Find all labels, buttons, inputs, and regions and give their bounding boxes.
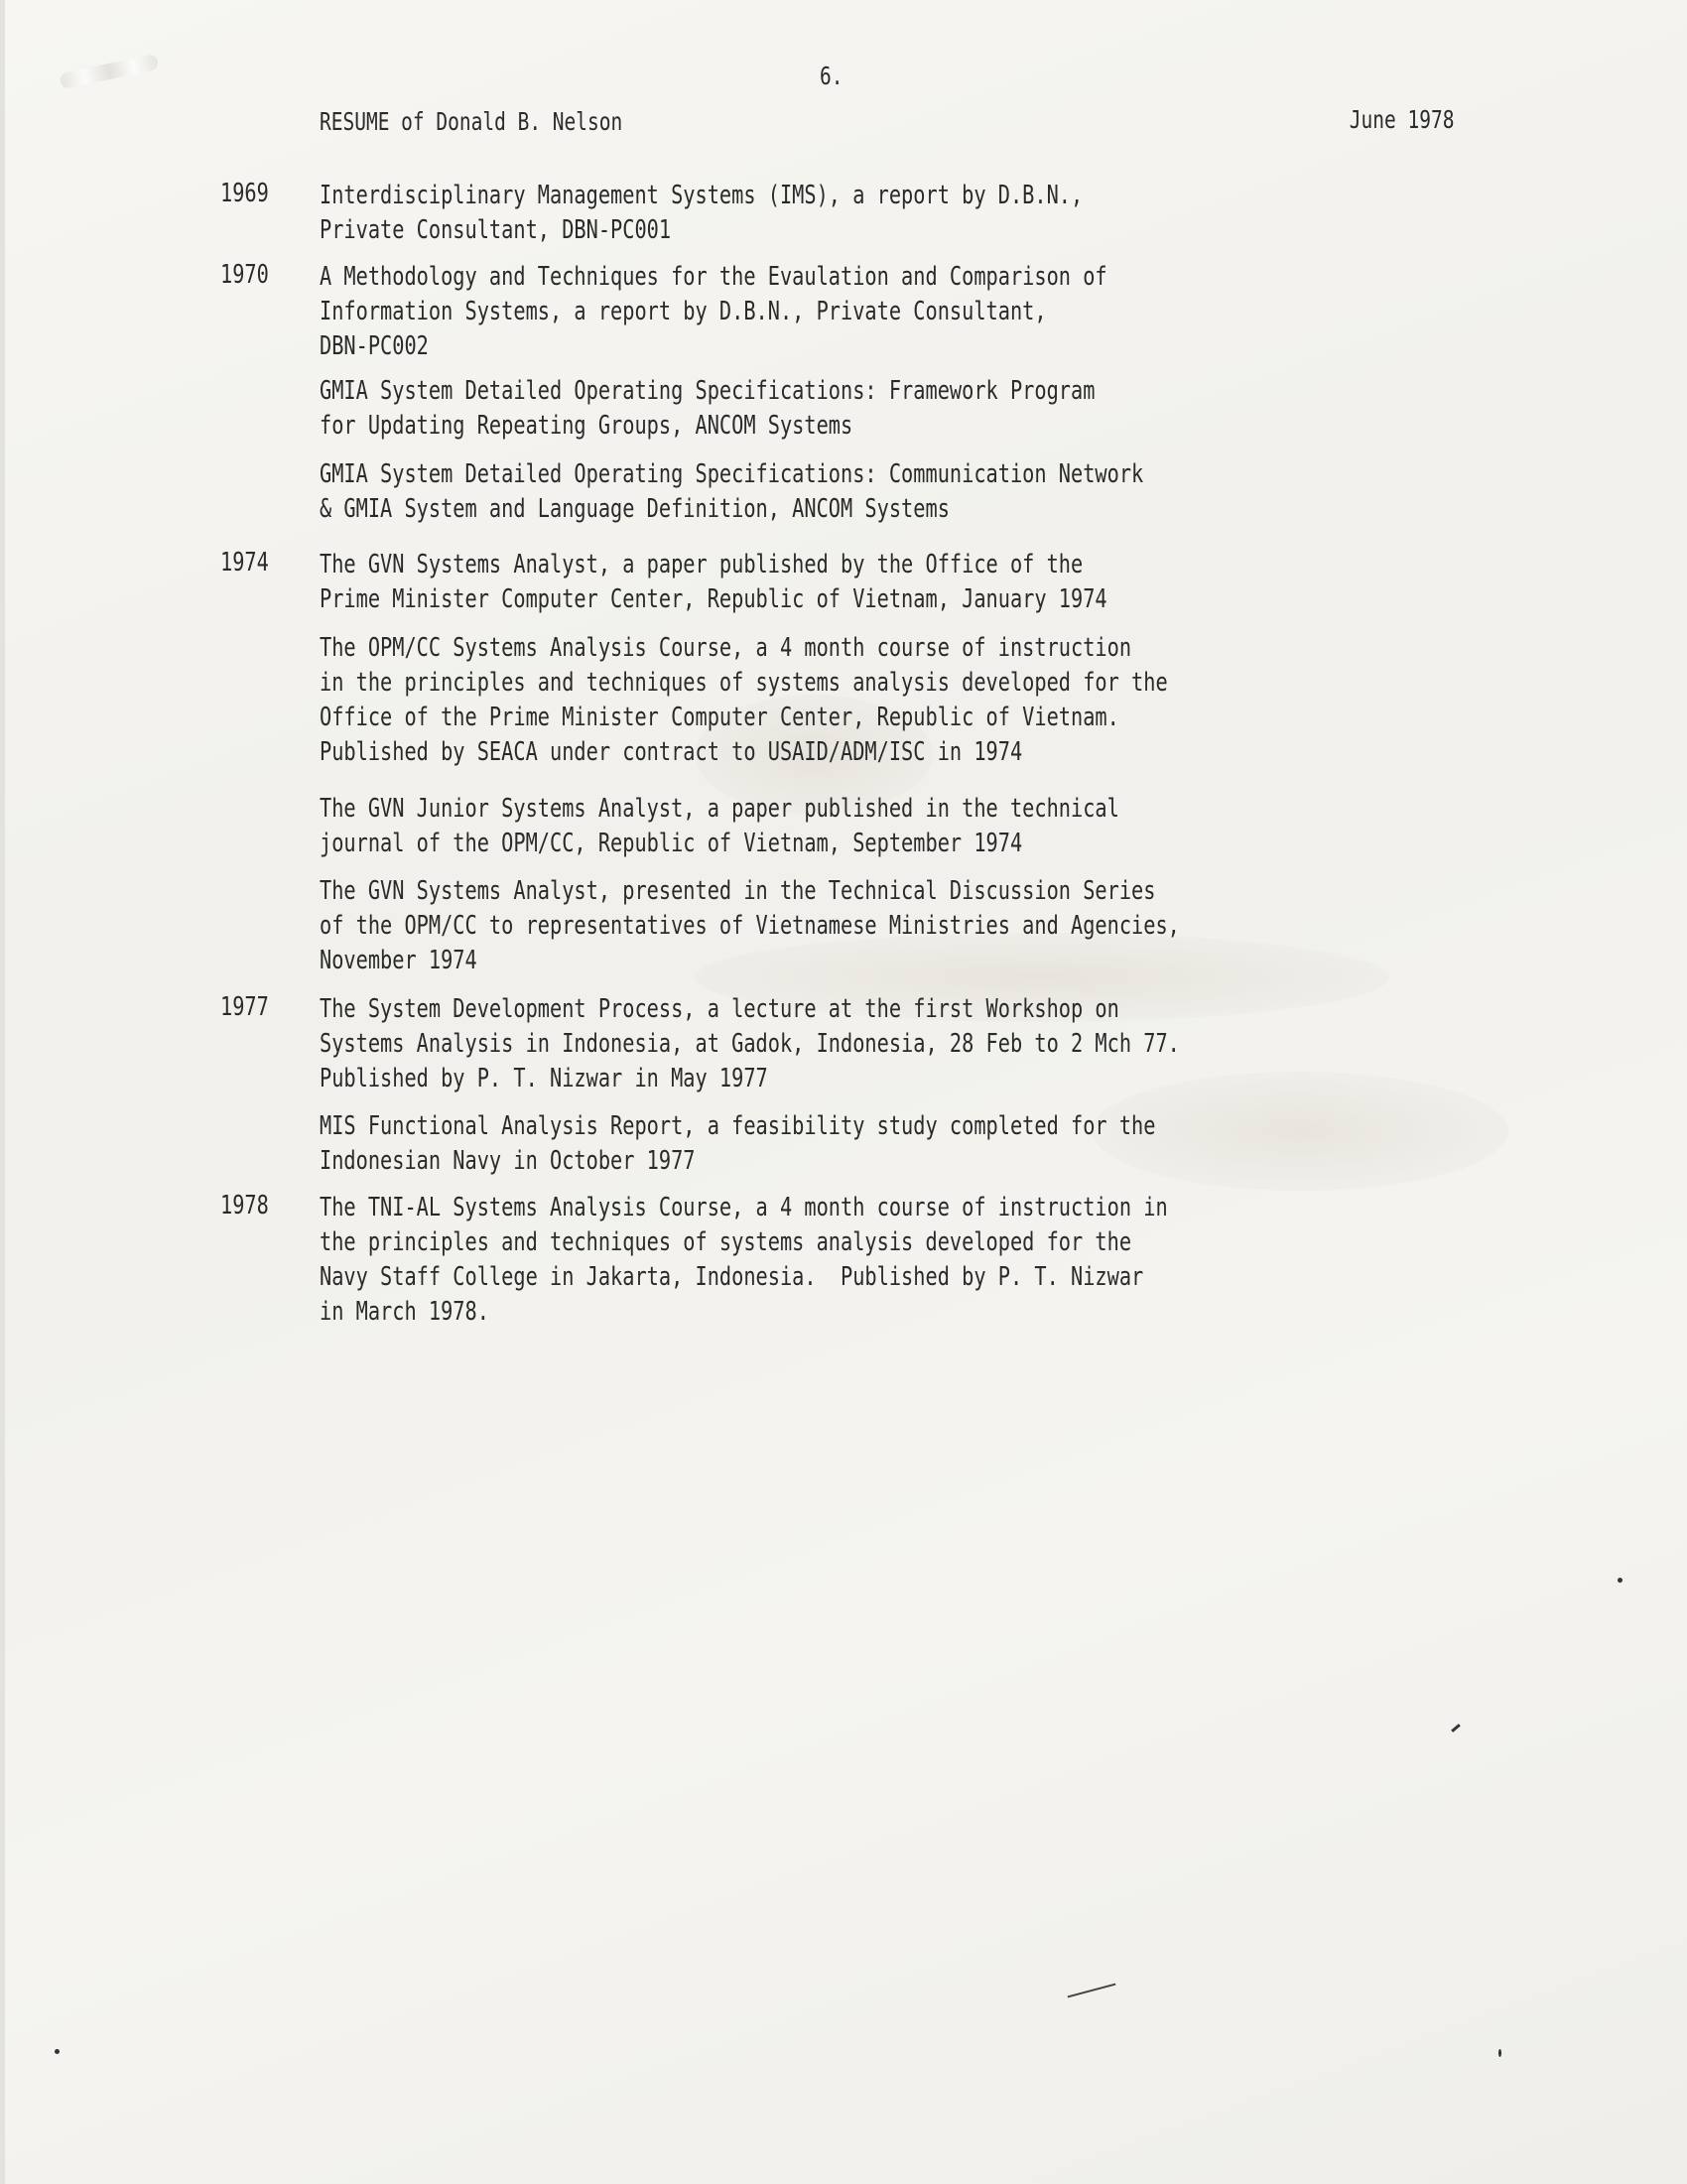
entry-year: 1970 [220,260,269,290]
entry-line: journal of the OPM/CC, Republic of Vietn… [320,827,1022,861]
entry-line: GMIA System Detailed Operating Specifica… [320,374,1095,409]
entry-year: 1977 [220,992,269,1022]
entry-line: The System Development Process, a lectur… [320,992,1119,1027]
entry-line: Published by SEACA under contract to USA… [320,735,1022,770]
entry-line: A Methodology and Techniques for the Eva… [320,260,1107,295]
paper-damage-mark [59,54,159,89]
entry-line: DBN-PC002 [320,329,429,364]
speck [55,2049,60,2054]
pen-mark [1068,1984,1116,1998]
page-edge [0,0,5,2184]
speck [1498,2049,1501,2057]
entry-line: Interdisciplinary Management Systems (IM… [320,179,1083,213]
entry-line: Office of the Prime Minister Computer Ce… [320,701,1119,735]
entry-line: Prime Minister Computer Center, Republic… [320,582,1107,617]
speck [1618,1578,1622,1583]
entry-line: & GMIA System and Language Definition, A… [320,492,950,527]
page-number: 6. [820,62,843,90]
entry-line: the principles and techniques of systems… [320,1225,1131,1260]
entry-line: The OPM/CC Systems Analysis Course, a 4 … [320,631,1131,666]
entry-line: Published by P. T. Nizwar in May 1977 [320,1062,768,1096]
entry-line: in March 1978. [320,1295,489,1330]
entry-line: of the OPM/CC to representatives of Viet… [320,909,1180,944]
entry-line: The TNI-AL Systems Analysis Course, a 4 … [320,1191,1168,1225]
entry-line: The GVN Systems Analyst, presented in th… [320,874,1155,909]
entry-line: in the principles and techniques of syst… [320,666,1168,701]
entry-line: The GVN Junior Systems Analyst, a paper … [320,792,1119,827]
resume-title: RESUME of Donald B. Nelson [320,107,622,136]
document-page: 6. RESUME of Donald B. Nelson June 1978 … [0,0,1687,2184]
entry-year: 1969 [220,179,269,208]
entry-line: Information Systems, a report by D.B.N.,… [320,295,1047,329]
entry-line: Navy Staff College in Jakarta, Indonesia… [320,1260,1143,1295]
entry-line: for Updating Repeating Groups, ANCOM Sys… [320,409,852,444]
entry-line: MIS Functional Analysis Report, a feasib… [320,1109,1155,1144]
entry-line: Systems Analysis in Indonesia, at Gadok,… [320,1027,1180,1062]
entry-line: GMIA System Detailed Operating Specifica… [320,457,1143,492]
pen-mark [1451,1724,1461,1733]
entry-year: 1974 [220,548,269,578]
entry-line: November 1974 [320,944,477,978]
entry-year: 1978 [220,1191,269,1220]
resume-date: June 1978 [1349,105,1454,134]
entry-line: The GVN Systems Analyst, a paper publish… [320,548,1083,582]
entry-line: Indonesian Navy in October 1977 [320,1144,696,1179]
entry-line: Private Consultant, DBN-PC001 [320,213,671,248]
